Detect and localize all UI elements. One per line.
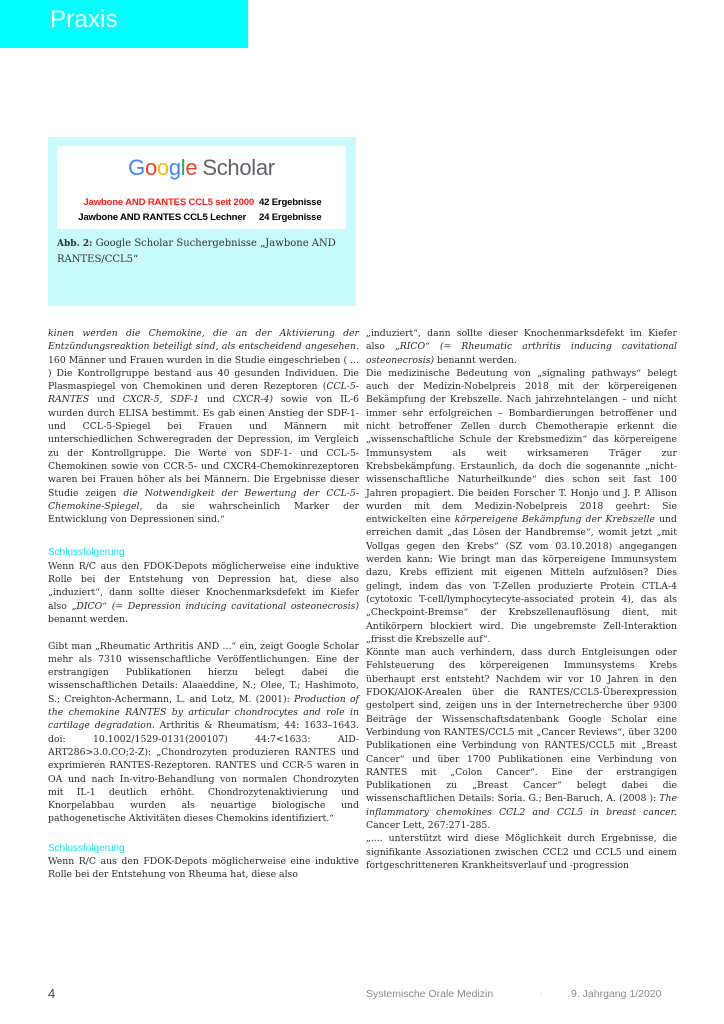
paragraph: Die medizinische Bedeutung von „signalin… [366,367,677,646]
italic-text: „DICO“ (= Depression inducing cavitation… [72,601,359,612]
left-column: kinen werden die Chemokine, die an der A… [48,327,359,882]
body-text: Die medizinische Bedeutung von „signalin… [366,368,677,525]
body-text: und [89,394,123,405]
section-header-tab: Praxis [0,0,248,48]
body-text: und erreichen damit „das Lösen der Handb… [366,514,677,645]
paragraph: Könnte man auch verhindern, dass durch E… [366,646,677,832]
result-count: 24 Ergebnisse [259,212,321,223]
body-text: benannt werden. [434,355,517,366]
logo-letter: o [157,155,169,180]
subheading-schlussfolgerung: Schlussfolgerung [48,546,359,559]
google-scholar-logo: GoogleScholar [57,155,346,181]
body-text: Cancer Lett, 267:271-285. [366,820,490,831]
search-query: Jawbone AND RANTES CCL5 seit 2000 [83,197,254,208]
figure-caption: Abb. 2: Google Scholar Suchergebnisse „J… [57,236,349,267]
italic-text: „RICO“ (= Rheumatic arthritis inducing c… [366,341,677,365]
body-text: „.... unterstützt wird diese Möglichkeit… [366,833,677,871]
italic-text: CXCR-5, SDF-1 [123,394,199,405]
body-text: Wenn R/C aus den FDOK-Depots möglicherwe… [48,856,359,880]
paragraph: Gibt man „Rheumatic Arthritis AND ...“ e… [48,640,359,826]
section-label: Praxis [50,6,118,34]
body-text: und [199,394,233,405]
google-scholar-results-image: GoogleScholar Jawbone AND RANTES CCL5 se… [57,146,346,229]
logo-letter: e [185,155,197,180]
italic-text: körpereigene Bekämpfung der Krebszelle [455,514,655,525]
logo-letter: g [169,155,181,180]
body-text: 160 Männer und Frauen wurden in die Stud… [48,355,359,393]
caption-text: Google Scholar Suchergebnisse „Jawbone A… [57,238,336,265]
journal-issue: 9. Jahrgang 1/2020 [571,988,662,1000]
paragraph: Wenn R/C aus den FDOK-Depots möglicherwe… [48,855,359,882]
caption-label: Abb. 2: [57,239,92,249]
journal-name: Systemische Orale Medizin [366,988,493,1000]
logo-scholar-word: Scholar [202,155,275,180]
logo-letter: o [145,155,157,180]
body-text: benannt werden. [48,614,128,625]
search-query: Jawbone AND RANTES CCL5 Lechner [78,212,246,223]
paragraph: „induziert“, dann sollte dieser Knochenm… [366,327,677,367]
paragraph: kinen werden die Chemokine, die an der A… [48,327,359,526]
result-count: 42 Ergebnisse [259,197,321,208]
italic-text: kinen werden die Chemokine, die an der A… [48,328,359,352]
paragraph: „.... unterstützt wird diese Möglichkeit… [366,832,677,872]
page-number: 4 [48,986,55,1001]
subheading-schlussfolgerung: Schlussfolgerung [48,842,359,855]
paragraph: Wenn R/C aus den FDOK-Depots möglicherwe… [48,560,359,626]
body-text: Könnte man auch verhindern, dass durch E… [366,647,677,804]
logo-letter: G [128,155,145,180]
body-text: sowie von IL-6 wurden durch ELISA bestim… [48,394,359,498]
right-column: „induziert“, dann sollte dieser Knochenm… [366,327,677,872]
figure-abb-2: GoogleScholar Jawbone AND RANTES CCL5 se… [48,137,356,306]
footer-separator: · [539,988,542,999]
body-text: . Arthritis & Rheumatism, 44: 1633–1643.… [48,720,359,824]
italic-text: CXCR-4) [233,394,273,405]
